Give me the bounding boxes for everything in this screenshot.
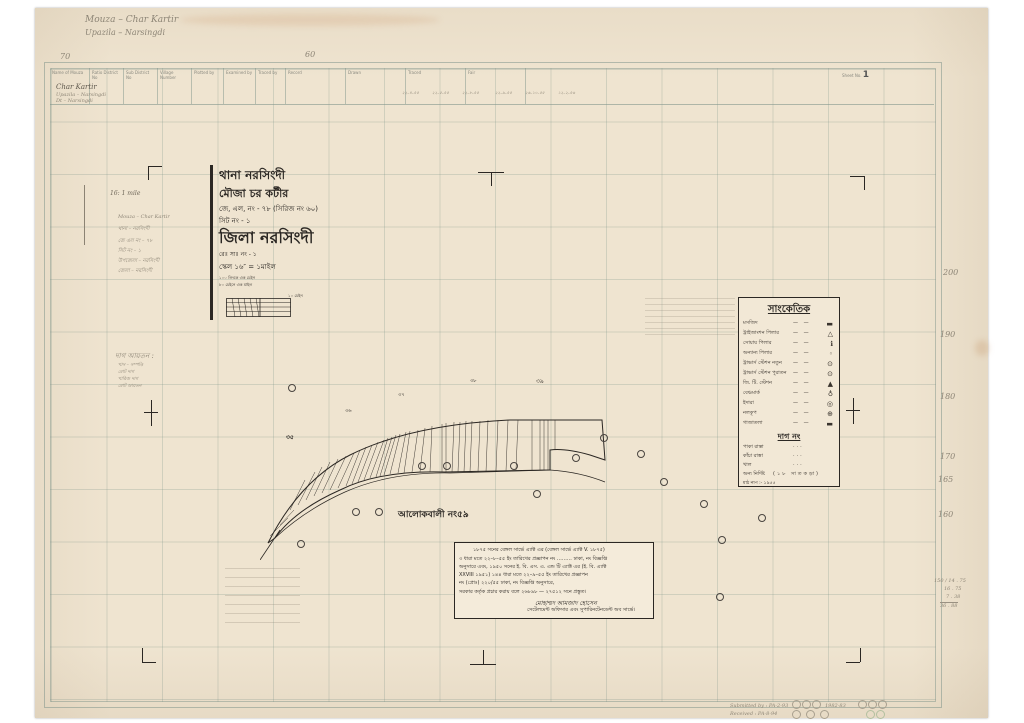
legend-item-other-pillar: অন্যান্য পিলার— —◦ [743,350,835,360]
faint-note-lower-left [225,568,300,628]
pencil-note-6: জেলা – নরসিংদী [118,268,152,276]
notice-line-3: অনুসারে এবং, ১৯৫০ সনের ই. বি. এস. এ. এন্… [459,564,606,572]
right-margin-calc: 150 / 14 . 75 [934,578,966,584]
right-margin-calc: 36 . 88 [940,602,958,609]
legend-item-traverse-new: ট্রাভার্স স্টেশন নতুন— —⊙ [743,360,835,370]
legend-section2-title: দাগ নং [739,431,839,444]
filled-triangle-icon: ▲ [828,380,833,388]
notice-line-5: নং (প্রোঃ) ২২০/৫৫ ঢাকা, নং বিজ্ঞপ্তি অনু… [459,580,554,588]
certification-notice: ১৮৭৫ সনের বেঙ্গল সার্ভে এ্যাক্ট এর (বেঙ্… [454,542,654,619]
legend-item-other: গাজাতলা— —▬ [743,420,835,430]
right-margin-number: 165 [938,475,953,484]
right-margin-calc: 16 . 75 [944,586,962,592]
area-title: দাগ আয়তন : [115,350,154,362]
legend-title: সাংকেতিক [739,302,839,319]
traverse-station [510,462,518,470]
traverse-station [758,514,766,522]
stamp-circles [792,700,832,718]
benchmark-icon: ♁ [828,390,833,398]
traverse-station [533,490,541,498]
table-date-6: ১২–২–৫৬ [558,90,575,97]
plot-label-37: ৩৭ [398,392,405,400]
col-examined: Examined by [224,68,256,104]
pencil-bracket [84,185,85,245]
area-line-2: মোট দাগ [118,369,134,376]
plot-label-38: ৩৮ [470,378,477,386]
pencil-note-3: জে এল নং – ৭৮ [118,238,153,246]
traverse-station [637,450,645,458]
pencil-note-2: থানা – নরসিংদী [118,226,149,234]
scale-note-1: ১০০ লিংকে এক চেইন [219,275,255,282]
dot-icon: ◦ [829,350,833,358]
margin-number-right: 60 [305,50,315,59]
legend-item-well: ইদারা— —◎ [743,400,835,410]
circle-dot-icon: ⊙ [827,360,833,368]
ratio-note: 16: 1 mile [110,190,140,197]
legend-item-gt-station: জি. টি. স্টেশন— —▲ [743,380,835,390]
col-drawn: Drawn [346,68,406,104]
table-district: Dt – Narsingdi [56,98,93,104]
bottom-submitted: Submitted by : PA-2-93 [730,703,788,709]
plot-label-35: ৩৫ [286,432,294,443]
stamp-circles-right [858,700,898,718]
traverse-station [288,384,296,392]
col-traced2: Traced [406,68,466,104]
traverse-station [660,478,668,486]
traverse-station [352,508,360,516]
well-icon: ◎ [827,400,833,408]
table-mouza-name: Char Kartir [56,83,97,91]
pencil-note-1: Mouza – Char Kartir [118,214,170,220]
area-line-4: মোট আয়তন [118,383,141,390]
mouza-label: মৌজা চর কর্টীর [219,185,288,204]
triangle-icon: △ [828,330,833,338]
plot-label-39: ৩৯ [536,376,544,387]
legend-footer: মাঠ নাপ :- ১৯৫৫ [743,480,835,490]
area-line-3: খারিজ দাগ [118,376,138,383]
table-date-2: ২২–৫–৫৫ [432,90,449,97]
col-sub-district: Sub District No [124,68,158,104]
traverse-station [700,500,708,508]
right-margin-number: 170 [940,452,955,461]
pencil-note-4: সিট নং – ১ [118,248,141,256]
table-date-5: ২৬–১০–৫৫ [525,90,545,97]
tubewell-icon: ⊕ [827,410,833,418]
traverse-station [572,454,580,462]
bottom-received: Received : PA-8-94 [730,711,777,717]
traverse-station [718,536,726,544]
legend-item-benchmark: বেঞ্চমার্ক— —♁ [743,390,835,400]
traverse-station [375,508,383,516]
legend-item-mosque: মসজিদ— —▬ [743,320,835,330]
rev-survey-label: রেঃ সাঃ নং - ১ [219,249,257,260]
notice-line-4: XXVIII ১৯৫১) ১৪৪ ধারা মতে ২২–৯–৫৫ ইং তার… [459,572,588,580]
traverse-station [443,462,451,470]
pillar-icon: ℹ [830,340,833,348]
paper-stain [180,14,440,26]
col-plotted: Plotted by [192,68,224,104]
thana-label: থানা নরসিংদী [219,167,285,187]
legend-item-tubewell: নলকূপ— —⊕ [743,410,835,420]
notice-line-2: ৩ ধারা মতে ২২–৮–৫৫ ইং তারিখের প্রজ্ঞাপন … [459,556,607,564]
legend-item-trijunction-pillar: ট্রাইজাংশন পিলার— —△ [743,330,835,340]
bar-icon: ▬ [826,420,833,428]
plot-label-36: ৩৬ [345,408,352,416]
faint-note-block [645,298,735,338]
table-date-4: ২২–৯–৫৫ [495,90,512,97]
right-margin-number: 180 [940,392,955,401]
right-margin-number: 190 [940,330,955,339]
traverse-station [600,434,608,442]
notice-line-6: সরকার কর্তৃক প্রচার করায় বলে ২৬৮৯৮ — ২৭… [459,589,586,597]
legend-item-boundary-pillar: সোয়ায় পিলার— —ℹ [743,340,835,350]
legend-box: সাংকেতিক মসজিদ— —▬ ট্রাইজাংশন পিলার— —△ … [738,297,840,487]
col-fair: Fair [466,68,526,104]
col-village: Village Number [158,68,192,104]
right-margin-calc: 7 . 38 [946,594,960,600]
col-record: Record [286,68,346,104]
margin-number-left: 70 [60,52,70,61]
jl-no-label: জে, এল, নং - ৭৮ (সিরিজ নং ৬০) [219,203,318,215]
right-margin-number: 200 [943,268,958,277]
table-date-3: ২২–৮–৫৫ [462,90,479,97]
mosque-icon: ▬ [826,320,833,328]
circle-dot-icon: ⊙ [827,370,833,378]
notice-line-1: ১৮৭৫ সনের বেঙ্গল সার্ভে এ্যাক্ট এর (বেঙ্… [473,547,605,555]
paper-stain [975,340,989,356]
area-line-1: খাস – সম্পত্তি [118,362,143,369]
record-table: Name of Mouza Ratio District No Sub Dist… [50,68,934,105]
district-label: জিলা নরসিংদী [219,225,313,252]
col-sheet: Sheet No. 1 [840,68,934,104]
scale-label: স্কেল ১৬″ = ১মাইল [219,261,276,273]
header-note-mouza: Mouza – Char Kartir [85,15,178,25]
legend-item-traverse-old: ট্রাভার্স স্টেশন পুরাতন— —⊙ [743,370,835,380]
header-note-upazila: Upazila – Narsingdi [85,28,165,37]
col-traced: Traced by [256,68,286,104]
notice-officer-title: সেটেলমেন্ট অফিসার এবং সুপারিনটেনডেন্ট অব… [527,607,635,615]
traverse-station [716,593,724,601]
adjoining-mouza-label: আলোকবালী নং৫৯ [398,507,469,522]
traverse-station [297,540,305,548]
cadastral-map [260,360,620,560]
right-margin-number: 160 [938,510,953,519]
scale-bar [226,298,292,318]
pencil-note-5: উপজেলা – নরসিংদী [118,258,159,266]
traverse-station [418,462,426,470]
table-date-1: ২২–৪–৫৫ [402,90,419,97]
scale-note-2: ৮০ চেইনে এক মাইল [219,282,252,289]
